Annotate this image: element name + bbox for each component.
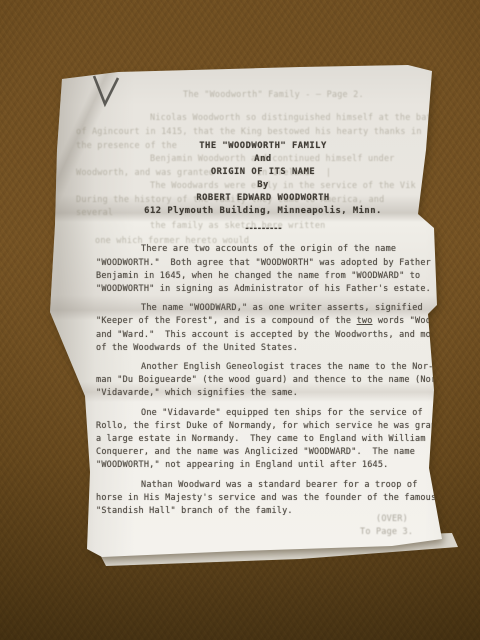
ghost-line: To Page 3. (360, 527, 413, 537)
typed-line: "Standish Hall" branch of the family. (96, 505, 430, 518)
paragraph: The name "WOODWARD," as one writer asser… (96, 302, 430, 355)
ghost-line: Nicolas Woodworth so distinguished himse… (150, 113, 448, 123)
paragraph: Nathan Woodward was a standard bearer fo… (96, 479, 430, 519)
paragraph: There are two accounts of the origin of … (96, 243, 430, 296)
heading-line: ROBERT EDWARD WOODWORTH (96, 192, 430, 205)
heading-block: THE "WOODWORTH" FAMILYAndORIGIN OF ITS N… (96, 140, 430, 217)
paragraph: One "Vidavarde" equipped ten ships for t… (96, 407, 430, 473)
typed-line: Rollo, the first Duke of Normandy, for w… (96, 420, 430, 433)
heading-line: ORIGIN OF ITS NAME (96, 166, 430, 179)
typed-line: One "Vidavarde" equipped ten ships for t… (96, 407, 430, 420)
typed-line: "WOODWORTH," not appearing in England un… (96, 459, 430, 472)
typed-line: Benjamin in 1645, when he changed the na… (96, 270, 430, 283)
typed-line: Another English Geneologist traces the n… (96, 361, 430, 374)
heading-line: 612 Plymouth Building, Minneapolis, Minn… (96, 205, 430, 218)
typed-line: man "Du Boiguearde" (the wood guard) and… (96, 374, 430, 387)
paperclip-icon (86, 68, 126, 112)
typed-line: The name "WOODWARD," as one writer asser… (96, 302, 430, 315)
typed-line: Conquerer, and the name was Anglicized "… (96, 446, 430, 459)
paragraphs: There are two accounts of the origin of … (96, 243, 430, 518)
typed-line: "WOODWORTH" in signing as Administrator … (96, 283, 430, 296)
heading-line: And (96, 153, 430, 166)
typed-line: a large estate in Normandy. They came to… (96, 433, 430, 446)
photo-of-document: The "Woodworth" Family - — Page 2.Nicola… (0, 0, 480, 640)
paper-shadow-wrap: The "Woodworth" Family - — Page 2.Nicola… (0, 0, 480, 640)
ghost-line: of Agincourt in 1415, that the King best… (76, 127, 422, 137)
underlined-word: two (357, 316, 373, 326)
typed-line: There are two accounts of the origin of … (96, 243, 430, 256)
heading-line: THE "WOODWORTH" FAMILY (96, 140, 430, 153)
paper-sheet: The "Woodworth" Family - — Page 2.Nicola… (0, 0, 480, 640)
typed-text-layer: THE "WOODWORTH" FAMILYAndORIGIN OF ITS N… (96, 140, 430, 518)
ghost-line: The "Woodworth" Family - — Page 2. (183, 90, 364, 100)
heading-line: By (96, 179, 430, 192)
separator-dashes: --------- (96, 223, 430, 236)
paragraph: Another English Geneologist traces the n… (96, 361, 430, 401)
typed-line: and "Ward." This account is accepted by … (96, 329, 430, 342)
typed-line: horse in His Majesty's service and was t… (96, 492, 430, 505)
typed-line: "Keeper of the Forest", and is a compoun… (96, 315, 430, 328)
typed-line: "WOODWORTH." Both agree that "WOODWORTH"… (96, 257, 430, 270)
typed-line: Nathan Woodward was a standard bearer fo… (96, 479, 430, 492)
typed-line: of the Woodwards of the United States. (96, 342, 430, 355)
typed-line: "Vidavarde," which signifies the same. (96, 387, 430, 400)
